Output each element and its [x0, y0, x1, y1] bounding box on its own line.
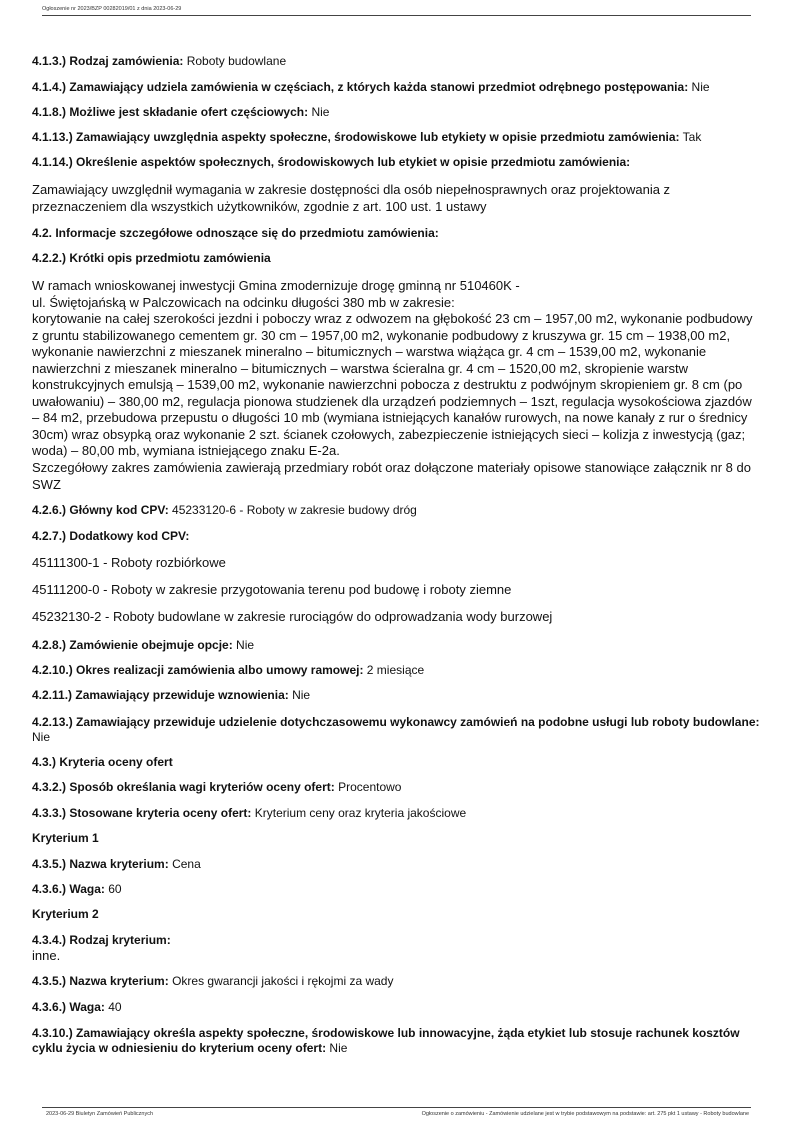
footer-right: Ogłoszenie o zamówieniu - Zamówienie udz… — [422, 1111, 749, 1117]
item-4-2-8: 4.2.8.) Zamówienie obejmuje opcje: Nie — [32, 638, 762, 653]
description-line-1: W ramach wnioskowanej inwestycji Gmina z… — [32, 278, 762, 295]
criterion-1-title: Kryterium 1 — [32, 831, 762, 846]
description-line-3: korytowanie na całej szerokości jezdni i… — [32, 311, 762, 460]
item-4-2: 4.2. Informacje szczegółowe odnoszące si… — [32, 226, 762, 241]
criterion-2-weight: 4.3.6.) Waga: 40 — [32, 1000, 762, 1015]
description-line-2: ul. Świętojańską w Palczowicach na odcin… — [32, 295, 762, 312]
page-header: Ogłoszenie nr 2023/BZP 00282019/01 z dni… — [42, 6, 181, 12]
item-4-1-14: 4.1.14.) Określenie aspektów społecznych… — [32, 155, 762, 170]
item-4-3-10: 4.3.10.) Zamawiający określa aspekty spo… — [32, 1026, 762, 1056]
criterion-1-name: 4.3.5.) Nazwa kryterium: Cena — [32, 857, 762, 872]
accessibility-paragraph: Zamawiający uwzględnił wymagania w zakre… — [32, 182, 762, 215]
item-4-2-11: 4.2.11.) Zamawiający przewiduje wznowien… — [32, 688, 762, 703]
item-4-2-6: 4.2.6.) Główny kod CPV: 45233120-6 - Rob… — [32, 503, 762, 518]
item-4-1-13: 4.1.13.) Zamawiający uwzględnia aspekty … — [32, 130, 762, 145]
item-4-1-4: 4.1.4.) Zamawiający udziela zamówienia w… — [32, 80, 762, 95]
cpv-code-2: 45111200-0 - Roboty w zakresie przygotow… — [32, 582, 762, 599]
item-4-1-8: 4.1.8.) Możliwe jest składanie ofert czę… — [32, 105, 762, 120]
item-4-3-2: 4.3.2.) Sposób określania wagi kryteriów… — [32, 780, 762, 795]
cpv-code-3: 45232130-2 - Roboty budowlane w zakresie… — [32, 609, 762, 626]
item-4-3: 4.3.) Kryteria oceny ofert — [32, 755, 762, 770]
item-4-2-13: 4.2.13.) Zamawiający przewiduje udzielen… — [32, 715, 762, 745]
scope-paragraph: Szczegółowy zakres zamówienia zawierają … — [32, 460, 762, 493]
criterion-2-name: 4.3.5.) Nazwa kryterium: Okres gwarancji… — [32, 974, 762, 989]
item-4-2-7: 4.2.7.) Dodatkowy kod CPV: — [32, 529, 762, 544]
header-divider — [42, 15, 751, 16]
item-4-2-2: 4.2.2.) Krótki opis przedmiotu zamówieni… — [32, 251, 762, 266]
criterion-2-title: Kryterium 2 — [32, 907, 762, 922]
item-4-3-3: 4.3.3.) Stosowane kryteria oceny ofert: … — [32, 806, 762, 821]
cpv-code-1: 45111300-1 - Roboty rozbiórkowe — [32, 555, 762, 572]
criterion-2-type: 4.3.4.) Rodzaj kryterium: inne. — [32, 933, 762, 963]
footer-divider — [42, 1107, 751, 1108]
footer-left: 2023-06-29 Biuletyn Zamówień Publicznych — [46, 1111, 153, 1117]
criterion-1-weight: 4.3.6.) Waga: 60 — [32, 882, 762, 897]
description-paragraph: W ramach wnioskowanej inwestycji Gmina z… — [32, 278, 762, 460]
item-4-1-3: 4.1.3.) Rodzaj zamówienia: Roboty budowl… — [32, 54, 762, 69]
item-4-2-10: 4.2.10.) Okres realizacji zamówienia alb… — [32, 663, 762, 678]
